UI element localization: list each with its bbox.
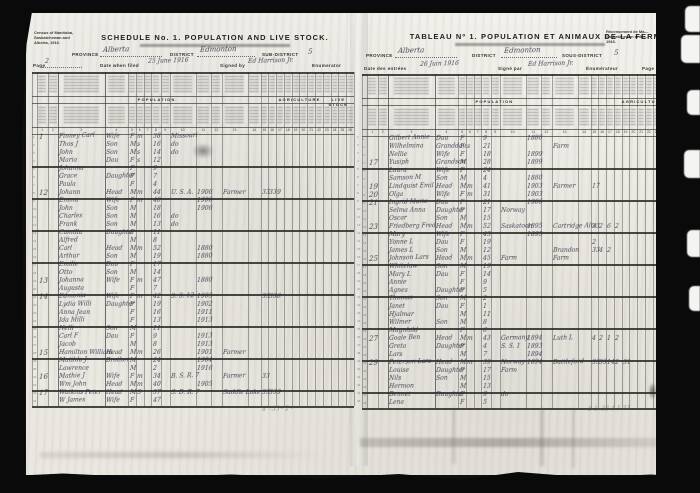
- line-number: 23: [363, 313, 366, 317]
- line-number: 12: [33, 223, 36, 227]
- handwritten-entry: Selma Anna: [389, 207, 426, 215]
- column-header-cell: [222, 72, 248, 96]
- subdistrict-label: SOUS-DISTRICT: [562, 53, 602, 58]
- signature: Ed Harrison Jr.: [528, 60, 574, 69]
- handwritten-entry: Norway: [501, 358, 525, 367]
- handwritten-entry: F: [129, 261, 134, 269]
- handwritten-entry: Son: [106, 253, 118, 261]
- handwritten-entry: 11: [153, 325, 161, 333]
- column-number: 14: [578, 130, 591, 134]
- handwritten-entry: Head: [436, 183, 453, 191]
- handwritten-entry: 9: [483, 391, 488, 399]
- handwritten-entry: M: [129, 213, 136, 221]
- line-number: 11: [363, 217, 366, 221]
- column-number: 26: [346, 128, 354, 132]
- column-header-cell: [578, 105, 591, 129]
- pencil-note-left: 4 - 33 - 2 -: [262, 405, 294, 414]
- handwritten-entry: Annie: [389, 279, 407, 287]
- line-number: 3: [363, 153, 365, 157]
- column-header-cell: [338, 72, 346, 96]
- handwritten-entry: 24: [483, 167, 491, 175]
- handwritten-entry: M: [459, 183, 466, 191]
- column-header-cell: [346, 72, 354, 96]
- handwritten-entry: 15: [483, 375, 491, 383]
- handwritten-entry: 47: [153, 277, 161, 285]
- column-number: 1: [367, 130, 377, 134]
- line-number: 9: [363, 201, 365, 205]
- census-table-left: POPULATIONAGRICULTURELIVE STOCK123456789…: [32, 72, 354, 406]
- handwritten-entry: Friedberg Fred: [389, 222, 436, 231]
- handwritten-entry: M: [459, 255, 466, 263]
- column-number: 17: [606, 130, 614, 134]
- column-number: 1: [37, 128, 47, 132]
- line-number: 11: [357, 215, 360, 219]
- handwritten-entry: 19: [483, 263, 491, 271]
- title-instructions-blur: [455, 43, 605, 46]
- handwritten-entry: B. S. R. 7: [171, 372, 200, 381]
- column-header-cell: [128, 72, 136, 96]
- handwritten-entry: do: [171, 221, 179, 229]
- handwritten-entry: U. S. A.: [171, 189, 194, 197]
- handwritten-entry: Germany: [501, 334, 529, 343]
- handwritten-entry: Greta: [389, 343, 407, 351]
- handwritten-entry: 17: [591, 183, 599, 191]
- handwritten-entry: 45: [483, 255, 491, 263]
- column-number: 19: [292, 128, 300, 132]
- column-number: 8: [481, 130, 490, 134]
- line-number: 20: [357, 287, 360, 291]
- handwritten-entry: M: [129, 381, 136, 389]
- handwritten-entry: Peterson Lars: [389, 358, 432, 367]
- handwritten-entry: F: [459, 303, 464, 311]
- handwritten-entry: Jacob: [59, 341, 76, 349]
- column-header-cell: [37, 103, 47, 127]
- line-number: 17: [357, 263, 360, 267]
- handwritten-entry: 19: [483, 239, 491, 247]
- handwritten-entry: 15: [483, 215, 491, 223]
- handwritten-entry: Brother: [106, 356, 130, 365]
- handwritten-entry: Paula: [59, 181, 76, 189]
- handwritten-entry: 4: [599, 247, 603, 255]
- handwritten-entry: F: [459, 231, 464, 239]
- handwritten-entry: do: [171, 213, 179, 221]
- handwritten-entry: S. S. 1: [501, 343, 521, 351]
- handwritten-entry: 6: [277, 293, 281, 301]
- line-number: 10: [33, 207, 36, 211]
- column-number: 10: [500, 130, 526, 134]
- handwritten-entry: 9: [277, 189, 281, 197]
- column-rule: [354, 72, 355, 406]
- line-number: 34: [363, 401, 366, 405]
- handwritten-entry: M: [129, 237, 136, 245]
- handwritten-entry: Farm: [501, 367, 518, 375]
- column-number: 19: [622, 130, 630, 134]
- handwritten-entry: 13: [483, 383, 491, 391]
- line-number: 30: [363, 369, 366, 373]
- handwritten-entry: M: [459, 215, 466, 223]
- line-number: 13: [33, 231, 36, 235]
- column-header-cell: [105, 72, 128, 96]
- handwritten-entry: F: [129, 317, 134, 325]
- handwritten-entry: 2: [591, 239, 595, 247]
- handwritten-entry: F: [129, 197, 134, 205]
- line-number: 26: [33, 335, 36, 339]
- handwritten-entry: 1: [38, 133, 43, 141]
- line-number: 1: [33, 135, 35, 139]
- column-number: 22: [315, 128, 323, 132]
- line-number: 10: [357, 207, 360, 211]
- line-number: 26: [357, 335, 360, 339]
- column-header-cell: [292, 103, 300, 127]
- handwritten-entry: 9: [277, 389, 281, 397]
- film-perforation: [687, 90, 700, 115]
- line-number: 8: [363, 193, 365, 197]
- handwritten-entry: Head: [106, 381, 123, 389]
- column-header-cell: [307, 103, 315, 127]
- handwritten-entry: Son: [436, 319, 448, 327]
- handwritten-entry: F: [129, 309, 134, 317]
- handwritten-entry: s: [137, 157, 141, 165]
- handwritten-entry: s: [137, 141, 141, 149]
- handwritten-entry: Wife: [106, 397, 120, 405]
- handwritten-entry: m: [137, 133, 143, 141]
- handwritten-entry: 5: [483, 287, 488, 295]
- handwritten-entry: Saddle Lake: [223, 389, 261, 397]
- handwritten-entry: 9: [153, 165, 158, 173]
- line-number: 5: [357, 167, 359, 171]
- column-number: 20: [299, 128, 307, 132]
- handwritten-entry: m: [137, 197, 143, 205]
- handwritten-entry: Wife: [106, 293, 120, 302]
- handwritten-entry: 1902: [197, 301, 213, 309]
- film-edge-right: [656, 0, 700, 493]
- column-number: 16: [268, 128, 276, 132]
- page-label: Page: [642, 66, 654, 71]
- handwritten-entry: Son: [436, 375, 448, 383]
- handwritten-entry: m: [467, 223, 473, 231]
- line-number: 23: [33, 311, 36, 315]
- handwritten-entry: Wilhelmina: [389, 142, 424, 151]
- line-number: 27: [363, 345, 366, 349]
- handwritten-entry: 2: [483, 295, 487, 303]
- column-header-cell: [491, 105, 500, 129]
- column-number: 2: [378, 130, 388, 134]
- column-header-cell: [526, 74, 542, 98]
- line-number: 24: [33, 319, 36, 323]
- handwritten-entry: 12: [153, 157, 161, 165]
- handwritten-entry: 1895: [527, 223, 543, 231]
- handwritten-entry: F: [129, 301, 134, 309]
- column-header-cell: [481, 105, 490, 129]
- handwritten-entry: M: [129, 221, 136, 229]
- handwritten-entry: Oscar: [389, 214, 407, 223]
- column-header-cell: [622, 74, 630, 98]
- handwritten-entry: Charles: [59, 212, 83, 221]
- handwritten-entry: m: [467, 255, 473, 263]
- page-label: Page: [33, 63, 45, 68]
- group-rule: [32, 326, 354, 328]
- handwritten-entry: Gilbert Annie: [389, 134, 430, 143]
- handwritten-entry: Emma: [59, 196, 79, 205]
- handwritten-entry: M: [459, 223, 466, 231]
- column-header-cell: [629, 105, 637, 129]
- column-header-cell: [591, 74, 599, 98]
- film-perforation: [684, 150, 700, 178]
- handwritten-entry: 17: [368, 159, 378, 167]
- column-number: 18: [614, 130, 622, 134]
- column-header-cell: [481, 74, 490, 98]
- column-header-cell: [331, 72, 339, 96]
- line-number: 17: [363, 265, 366, 269]
- handwritten-entry: F: [459, 167, 464, 175]
- line-number: 6: [33, 175, 35, 179]
- line-number: 1: [357, 135, 359, 139]
- handwritten-entry: Whitelaw: [389, 262, 418, 271]
- line-number: 4: [363, 161, 365, 165]
- handwritten-entry: 1880: [197, 277, 213, 285]
- column-header-cell: [378, 74, 388, 98]
- film-perforation: [685, 6, 700, 32]
- line-number: 6: [363, 177, 365, 181]
- column-number: 6: [136, 128, 144, 132]
- handwritten-entry: F: [459, 143, 464, 151]
- column-number: 16: [598, 130, 606, 134]
- microfilm-scan-viewport: Census of Manitoba, Saskatchewan and Alb…: [0, 0, 700, 493]
- handwritten-entry: 1895: [527, 231, 543, 239]
- column-header-cell: [388, 74, 435, 98]
- date-filed-label: Date des entrées: [364, 66, 406, 71]
- handwritten-entry: 9: [483, 279, 487, 287]
- handwritten-entry: M: [129, 141, 136, 149]
- handwritten-entry: Matilda J: [59, 356, 87, 365]
- page-title-right: TABLEAU Nº 1. POPULATION ET ANIMAUX DE L…: [400, 32, 680, 41]
- handwritten-entry: 7: [483, 351, 488, 359]
- column-header-cell: [474, 74, 482, 98]
- handwritten-entry: Wife: [106, 197, 120, 205]
- film-perforation: [687, 230, 700, 257]
- handwritten-entry: Luth L: [553, 334, 574, 343]
- handwritten-entry: 1903: [527, 183, 543, 191]
- column-header-cell: [474, 105, 482, 129]
- handwritten-entry: F: [129, 229, 134, 237]
- handwritten-entry: M: [129, 245, 136, 253]
- handwritten-entry: M: [459, 311, 466, 319]
- handwritten-entry: 13: [153, 317, 161, 325]
- handwritten-entry: M: [459, 175, 466, 183]
- district-value: Edmonton: [200, 45, 237, 54]
- line-number: 26: [363, 337, 366, 341]
- date-filed-label: Date when filed: [100, 63, 139, 68]
- handwritten-entry: 2: [153, 365, 158, 373]
- handwritten-entry: 39: [483, 359, 491, 367]
- column-header-cell: [105, 103, 128, 127]
- column-number: 11: [196, 128, 212, 132]
- handwritten-entry: Goale Ben: [389, 334, 421, 343]
- handwritten-entry: m: [467, 183, 473, 191]
- column-header-cell: [645, 74, 653, 98]
- section-label: LIVE STOCK: [323, 97, 354, 107]
- handwritten-entry: 1903: [197, 292, 213, 301]
- signed-by-label: Signé par: [498, 66, 522, 71]
- line-number: 3: [33, 151, 35, 155]
- line-number: 14: [357, 239, 360, 243]
- column-header-cell: [526, 105, 542, 129]
- handwritten-entry: Missouri: [171, 132, 198, 141]
- handwritten-entry: 52: [483, 223, 491, 231]
- line-number: 15: [33, 247, 36, 251]
- column-header-cell: [466, 105, 474, 129]
- line-number: 16: [363, 257, 366, 261]
- line-number: 33: [357, 391, 360, 395]
- column-header-cell: [248, 72, 261, 96]
- column-header-cell: [144, 72, 152, 96]
- column-header-cell: [222, 103, 248, 127]
- enumerator-label: Enumerator: [312, 63, 341, 68]
- line-number: 4: [357, 159, 359, 163]
- section-label: AGRICULTURE: [276, 97, 323, 102]
- handwritten-entry: 16: [153, 213, 161, 221]
- handwritten-entry: Lindquist Emil: [389, 182, 434, 191]
- column-header-cell: [323, 72, 331, 96]
- handwritten-entry: 21: [483, 199, 491, 207]
- column-header-cell: [591, 105, 599, 129]
- handwritten-entry: F: [459, 327, 464, 335]
- column-header-cell: [500, 74, 526, 98]
- handwritten-entry: Yusiph: [389, 158, 410, 167]
- handwritten-entry: 31: [622, 359, 630, 367]
- handwritten-entry: F: [459, 207, 464, 215]
- column-header-cell: [211, 72, 221, 96]
- line-number: 3: [357, 151, 359, 155]
- handwritten-entry: 2: [599, 223, 603, 231]
- column-header-cell: [637, 105, 645, 129]
- province-value: Alberta: [398, 46, 425, 55]
- handwritten-entry: Farm: [553, 254, 569, 263]
- handwritten-entry: Son: [106, 213, 118, 221]
- handwritten-entry: F: [129, 277, 134, 285]
- handwritten-entry: 13: [153, 221, 161, 229]
- line-number: 30: [33, 367, 36, 371]
- province-label: PROVINCE: [366, 53, 393, 58]
- handwritten-entry: Son: [436, 215, 448, 223]
- line-number: 19: [357, 279, 360, 283]
- handwritten-entry: 1906: [527, 199, 543, 207]
- section-label: POPULATION: [367, 99, 621, 104]
- date-filed-value: 25 June 1916: [148, 57, 189, 66]
- column-header-cell: [466, 74, 474, 98]
- line-number: 27: [357, 343, 360, 347]
- line-number: 19: [363, 281, 366, 285]
- column-header-cell: [435, 74, 458, 98]
- handwritten-entry: Alfred: [59, 236, 78, 245]
- line-number: 22: [363, 305, 366, 309]
- handwritten-entry: 38: [153, 133, 161, 141]
- column-header-cell: [598, 105, 606, 129]
- handwritten-entry: 27: [368, 335, 377, 343]
- column-header-cell: [645, 105, 653, 129]
- handwritten-entry: 2: [615, 335, 619, 343]
- column-header-cell: [598, 74, 606, 98]
- column-number: 20: [629, 130, 637, 134]
- line-number: 1: [363, 137, 365, 141]
- column-header-cell: [136, 103, 144, 127]
- column-header-cell: [248, 103, 261, 127]
- handwritten-entry: 7: [153, 173, 157, 181]
- handwritten-entry: 19: [153, 301, 161, 309]
- handwritten-entry: M: [129, 269, 136, 277]
- handwritten-entry: 11: [153, 229, 161, 237]
- line-number: 34: [33, 399, 36, 403]
- district-value: Edmonton: [504, 46, 541, 55]
- handwritten-entry: 1893: [527, 343, 543, 351]
- line-number: 15: [363, 249, 366, 253]
- column-number: 4: [105, 128, 128, 132]
- column-number: 15: [261, 128, 269, 132]
- handwritten-entry: Frank: [59, 221, 78, 229]
- column-header-cell: [161, 72, 170, 96]
- column-header-cell: [629, 74, 637, 98]
- column-number: 12: [211, 128, 221, 132]
- handwritten-entry: 2: [607, 247, 611, 255]
- column-number: 2: [48, 128, 58, 132]
- column-header-cell: [196, 72, 212, 96]
- line-number: 21: [357, 295, 360, 299]
- signed-by-label: Signed by: [220, 63, 245, 68]
- handwritten-entry: F: [459, 391, 464, 399]
- column-header-cell: [315, 103, 323, 127]
- column-header-cell: [276, 72, 284, 96]
- handwritten-entry: F: [129, 157, 134, 165]
- line-number: 16: [357, 255, 360, 259]
- group-rule: [32, 198, 354, 200]
- handwritten-entry: 1880: [527, 134, 543, 143]
- column-number: 13: [552, 130, 578, 134]
- column-header-cell: [578, 74, 591, 98]
- page-value: 2: [45, 58, 49, 66]
- census-table-right: POPULATIONAGRICULTUREANIMAUX DE LA FERME…: [362, 74, 684, 408]
- date-filed-value: 26 Juin 1916: [420, 60, 459, 69]
- handwritten-entry: 8: [153, 237, 157, 245]
- handwritten-entry: Head: [436, 359, 453, 367]
- handwritten-entry: Hermon: [389, 383, 415, 391]
- handwritten-entry: 1880: [197, 252, 213, 261]
- handwritten-entry: m: [137, 373, 143, 381]
- handwritten-entry: Battleford: [553, 358, 584, 367]
- line-number: 2: [357, 143, 359, 147]
- column-header-cell: [299, 103, 307, 127]
- line-number: 29: [33, 359, 36, 363]
- handwritten-entry: M: [129, 365, 136, 373]
- column-header-cell: [367, 105, 377, 129]
- handwritten-entry: 19: [153, 253, 161, 261]
- column-header-cell: [161, 103, 170, 127]
- line-number: 10: [363, 209, 366, 213]
- handwritten-entry: Farmer: [553, 183, 576, 191]
- line-number: 18: [363, 273, 366, 277]
- column-header-cell: [261, 72, 269, 96]
- handwritten-entry: 8: [153, 341, 158, 349]
- column-header-cell: [458, 74, 466, 98]
- handwritten-entry: m: [137, 349, 144, 357]
- line-number: 33: [363, 393, 366, 397]
- handwritten-entry: 4: [483, 343, 488, 351]
- handwritten-entry: Wife: [106, 277, 120, 285]
- column-header-cell: [458, 105, 466, 129]
- line-number: 28: [357, 351, 360, 355]
- column-header-cell: [261, 103, 269, 127]
- column-header-cell: [388, 105, 435, 129]
- handwritten-entry: 2: [615, 223, 619, 231]
